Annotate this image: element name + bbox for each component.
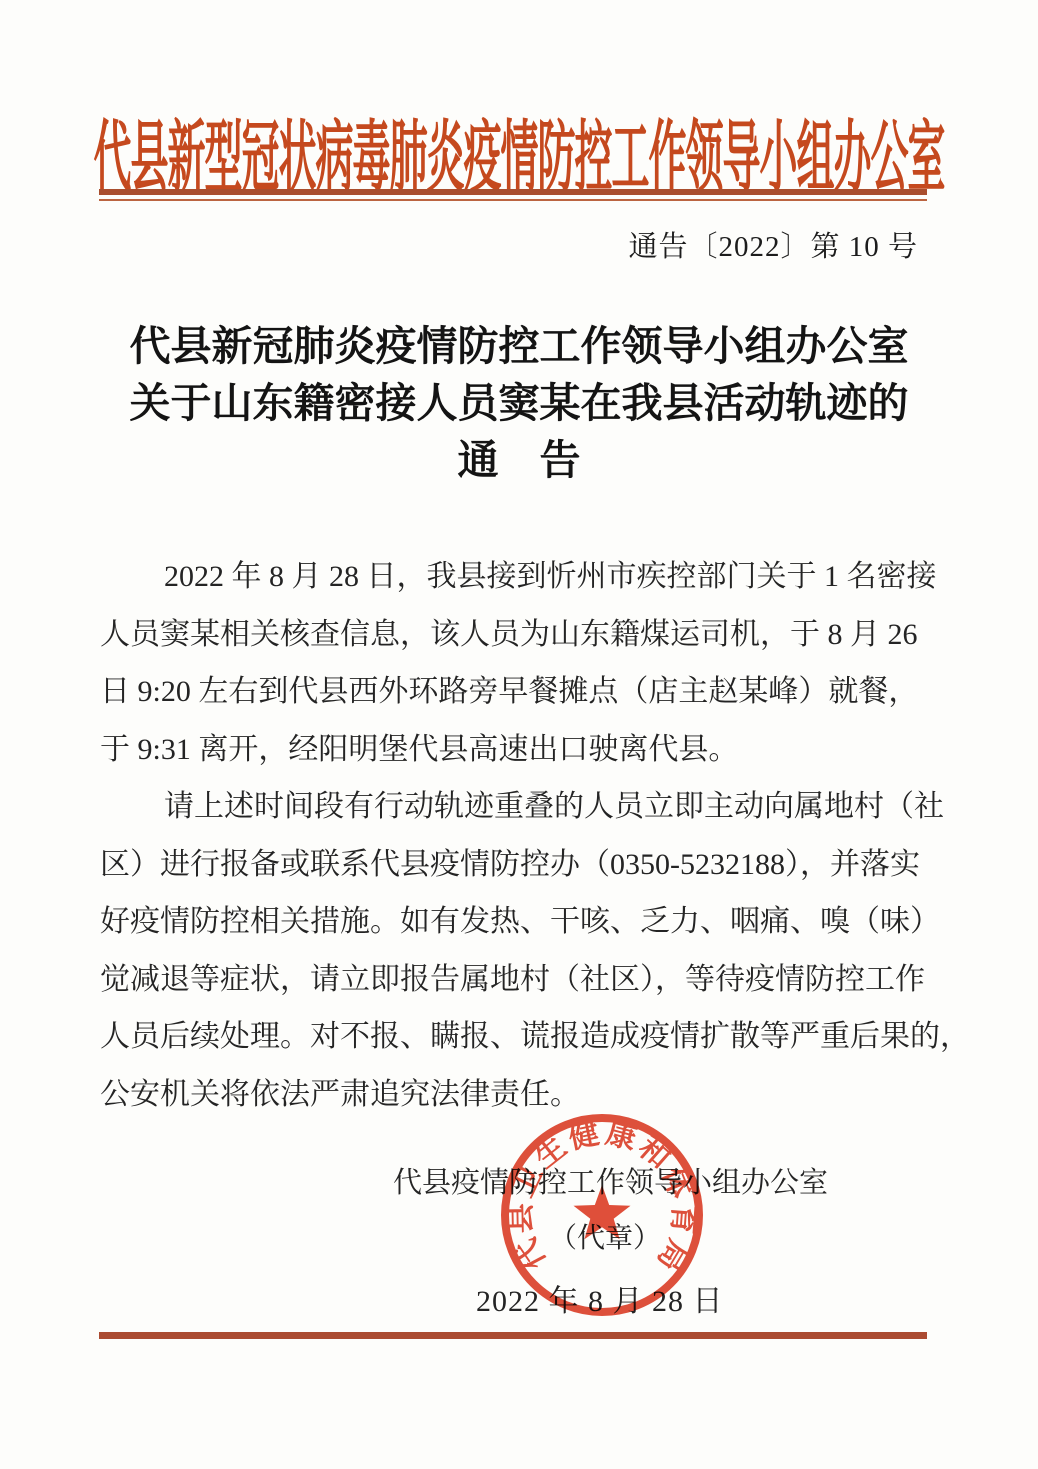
body-line: 人员窦某相关核查信息，该人员为山东籍煤运司机，于 8 月 26 <box>100 606 938 664</box>
star-icon <box>574 1185 631 1239</box>
notice-body: 2022 年 8 月 28 日，我县接到忻州市疾控部门关于 1 名密接 人员窦某… <box>100 548 938 1123</box>
notice-document-page: 代县新型冠状病毒肺炎疫情防控工作领导小组办公室 通告〔2022〕第 10 号 代… <box>0 0 1038 1469</box>
notice-title-line-2: 关于山东籍密接人员窦某在我县活动轨迹的 <box>0 375 1038 432</box>
official-seal: 代县卫生健康和体育局 <box>486 1099 718 1331</box>
header-divider-thick <box>99 189 927 195</box>
body-line: 区）进行报备或联系代县疫情防控办（0350-5232188），并落实 <box>100 836 938 894</box>
header-divider-thin <box>99 199 927 201</box>
body-line: 人员后续处理。对不报、瞒报、谎报造成疫情扩散等严重后果的， <box>100 1008 938 1066</box>
body-line: 2022 年 8 月 28 日，我县接到忻州市疾控部门关于 1 名密接 <box>100 548 938 606</box>
footer-divider <box>99 1332 927 1339</box>
notice-title-line-1: 代县新冠肺炎疫情防控工作领导小组办公室 <box>0 318 1038 375</box>
notice-title: 代县新冠肺炎疫情防控工作领导小组办公室 关于山东籍密接人员窦某在我县活动轨迹的 … <box>0 318 1038 489</box>
body-line: 好疫情防控相关措施。如有发热、干咳、乏力、咽痛、嗅（味） <box>100 893 938 951</box>
body-line: 日 9:20 左右到代县西外环路旁早餐摊点（店主赵某峰）就餐， <box>100 663 938 721</box>
body-line: 于 9:31 离开，经阳明堡代县高速出口驶离代县。 <box>100 721 938 779</box>
body-line: 请上述时间段有行动轨迹重叠的人员立即主动向属地村（社 <box>100 778 938 836</box>
body-line: 觉减退等症状，请立即报告属地村（社区），等待疫情防控工作 <box>100 951 938 1009</box>
notice-title-line-3: 通 告 <box>0 432 1038 489</box>
document-number: 通告〔2022〕第 10 号 <box>628 224 918 265</box>
